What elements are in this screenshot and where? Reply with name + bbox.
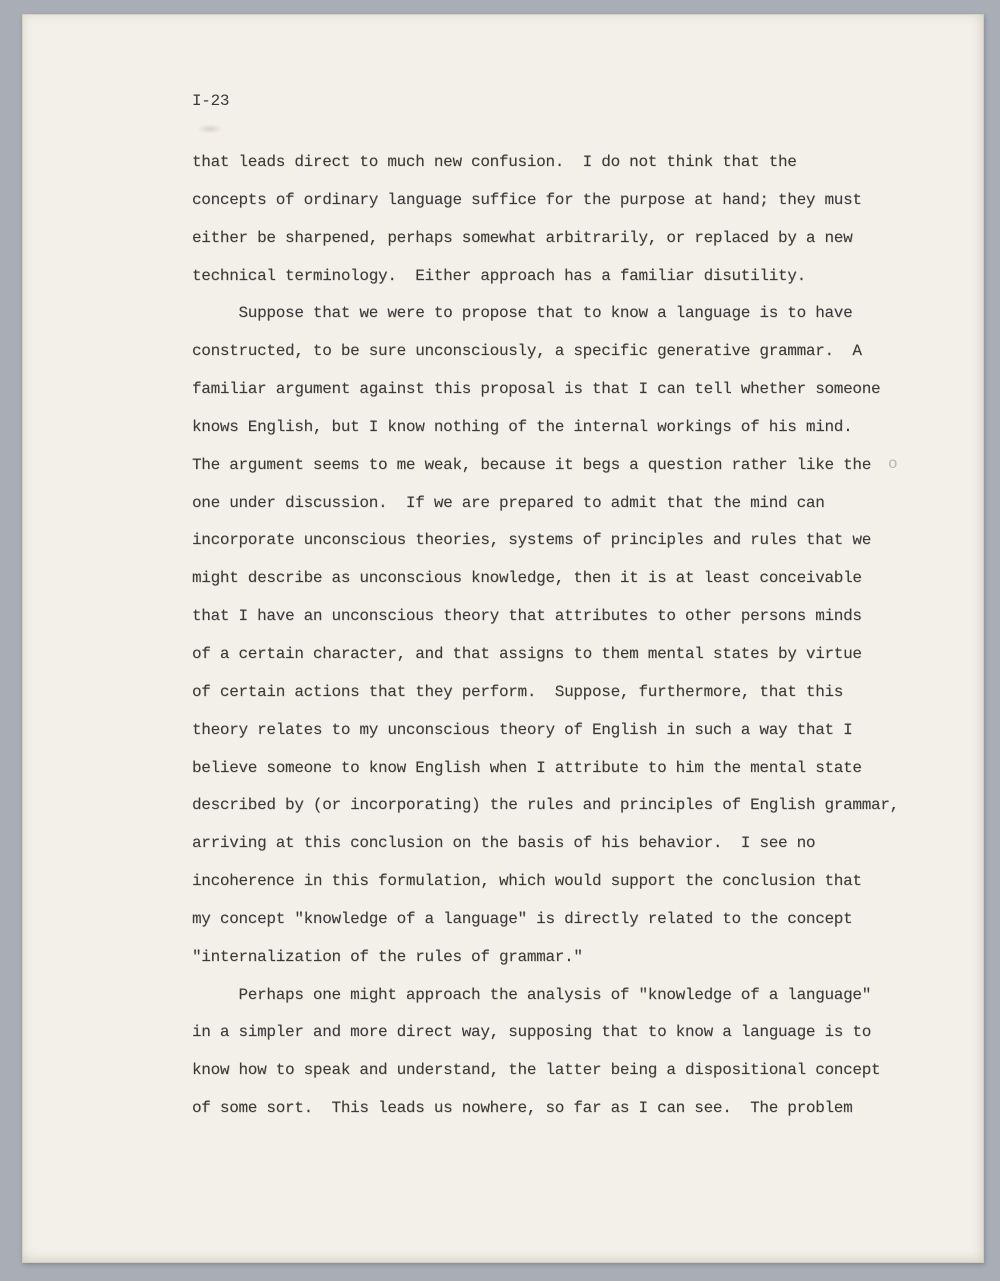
document-page: I-23 that leads direct to much new confu… xyxy=(22,14,984,1263)
typed-line: Suppose that we were to propose that to … xyxy=(192,295,952,333)
typed-line: of certain actions that they perform. Su… xyxy=(192,674,952,712)
typed-line: of a certain character, and that assigns… xyxy=(192,636,952,674)
typed-line: of some sort. This leads us nowhere, so … xyxy=(192,1090,952,1128)
typed-line: might describe as unconscious knowledge,… xyxy=(192,560,952,598)
typed-line: concepts of ordinary language suffice fo… xyxy=(192,182,952,220)
typed-line: knows English, but I know nothing of the… xyxy=(192,409,952,447)
typed-line: either be sharpened, perhaps somewhat ar… xyxy=(192,220,952,258)
typed-line: theory relates to my unconscious theory … xyxy=(192,712,952,750)
typed-line: incorporate unconscious theories, system… xyxy=(192,522,952,560)
typed-line: know how to speak and understand, the la… xyxy=(192,1052,952,1090)
typed-line: Perhaps one might approach the analysis … xyxy=(192,977,952,1015)
typed-line: incoherence in this formulation, which w… xyxy=(192,863,952,901)
typed-line: "internalization of the rules of grammar… xyxy=(192,939,952,977)
typed-text-body: that leads direct to much new confusion.… xyxy=(192,144,952,1128)
ink-smudge xyxy=(197,124,223,134)
typed-line: one under discussion. If we are prepared… xyxy=(192,485,952,523)
typed-line: that I have an unconscious theory that a… xyxy=(192,598,952,636)
scan-background: I-23 that leads direct to much new confu… xyxy=(0,0,1000,1281)
typed-line: believe someone to know English when I a… xyxy=(192,750,952,788)
page-number: I-23 xyxy=(192,92,229,110)
typed-line: described by (or incorporating) the rule… xyxy=(192,787,952,825)
typed-line: familiar argument against this proposal … xyxy=(192,371,952,409)
typed-line: arriving at this conclusion on the basis… xyxy=(192,825,952,863)
typed-line: technical terminology. Either approach h… xyxy=(192,258,952,296)
typed-line: in a simpler and more direct way, suppos… xyxy=(192,1014,952,1052)
typed-line: that leads direct to much new confusion.… xyxy=(192,144,952,182)
typed-line: my concept "knowledge of a language" is … xyxy=(192,901,952,939)
typed-line: constructed, to be sure unconsciously, a… xyxy=(192,333,952,371)
faint-stray-character: o xyxy=(888,455,898,473)
typed-line: The argument seems to me weak, because i… xyxy=(192,447,952,485)
